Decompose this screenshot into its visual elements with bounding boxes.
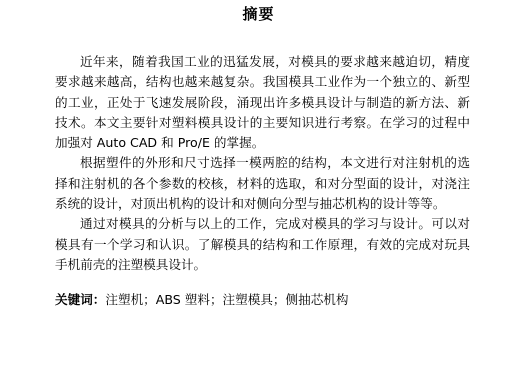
abstract-paragraph-3: 通过对模具的分析与以上的工作，完成对模具的学习与设计。可以对模具有一个学习和认识… xyxy=(55,214,470,275)
page-title: 摘要 xyxy=(0,3,517,24)
abstract-paragraph-1: 近年来，随着我国工业的迅猛发展，对模具的要求越来越迫切，精度要求越来越高，结构也… xyxy=(55,52,470,153)
keywords-label: 关键词： xyxy=(55,292,105,307)
keywords-value: 注塑机；ABS 塑料；注塑模具；侧抽芯机构 xyxy=(105,292,348,307)
abstract-paragraph-2: 根据塑件的外形和尺寸选择一模两腔的结构，本文进行对注射机的选择和注射机的各个参数… xyxy=(55,153,470,214)
keywords-line: 关键词：注塑机；ABS 塑料；注塑模具；侧抽芯机构 xyxy=(55,290,349,310)
abstract-body: 近年来，随着我国工业的迅猛发展，对模具的要求越来越迫切，精度要求越来越高，结构也… xyxy=(55,52,470,275)
